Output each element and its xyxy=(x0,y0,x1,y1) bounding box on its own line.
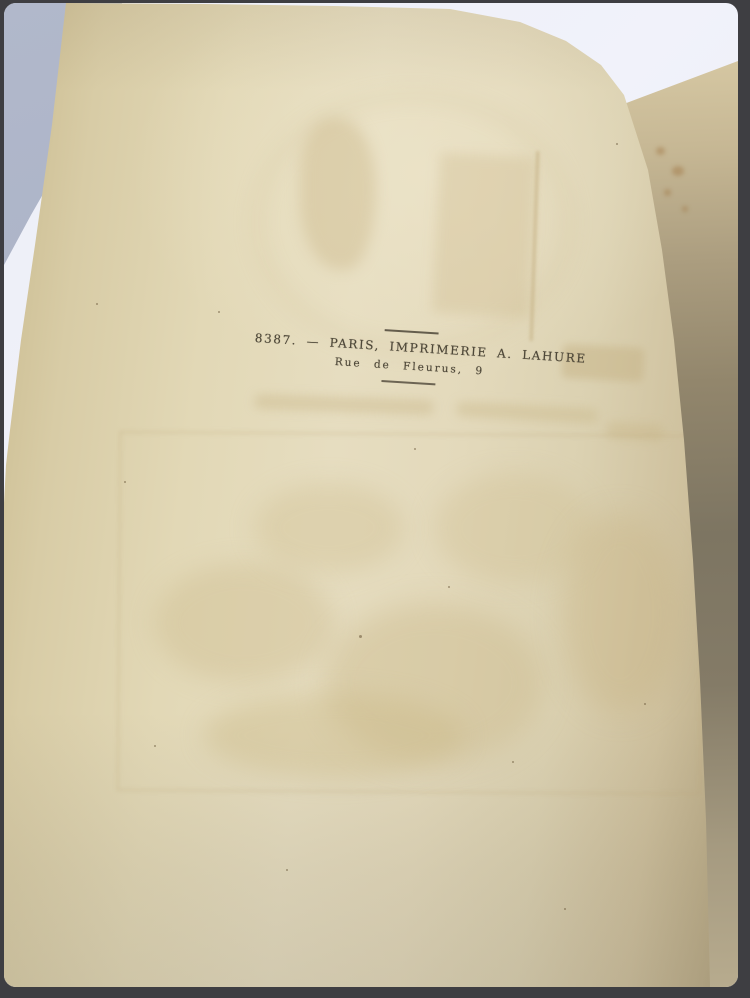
ghost-title-showthrough xyxy=(254,394,434,415)
paper-speck xyxy=(286,869,288,871)
ghost-illustration-blotch xyxy=(254,483,404,573)
foxing-spot xyxy=(672,166,684,176)
ghost-figure-showthrough xyxy=(300,118,376,270)
paper-speck xyxy=(448,586,450,588)
paper-speck xyxy=(512,761,514,763)
ghost-illustration-blotch xyxy=(154,563,334,683)
photo-of-book-colophon: { "imprint": { "printer_line": "8387. — … xyxy=(0,0,750,998)
paper-speck xyxy=(359,635,362,638)
foxing-spot xyxy=(664,189,671,196)
foxing-spot xyxy=(656,147,665,155)
paper-speck xyxy=(96,303,98,305)
foxing-spot xyxy=(682,206,688,212)
ghost-title-showthrough xyxy=(456,401,599,423)
paper-speck xyxy=(124,481,126,483)
paper-speck xyxy=(218,311,220,313)
paper-speck xyxy=(644,703,646,705)
paper-speck xyxy=(616,143,618,145)
showthrough-layer xyxy=(4,3,738,987)
ghost-illustration-blotch xyxy=(560,513,680,713)
paper-speck xyxy=(564,908,566,910)
ghost-illustration-blotch xyxy=(204,693,464,778)
paper-speck xyxy=(414,448,416,450)
paper-speck xyxy=(154,745,156,747)
ghost-panel-showthrough xyxy=(432,153,536,318)
photo-area: 8387. — PARIS, IMPRIMERIE A. LAHURE Rue … xyxy=(4,3,738,987)
